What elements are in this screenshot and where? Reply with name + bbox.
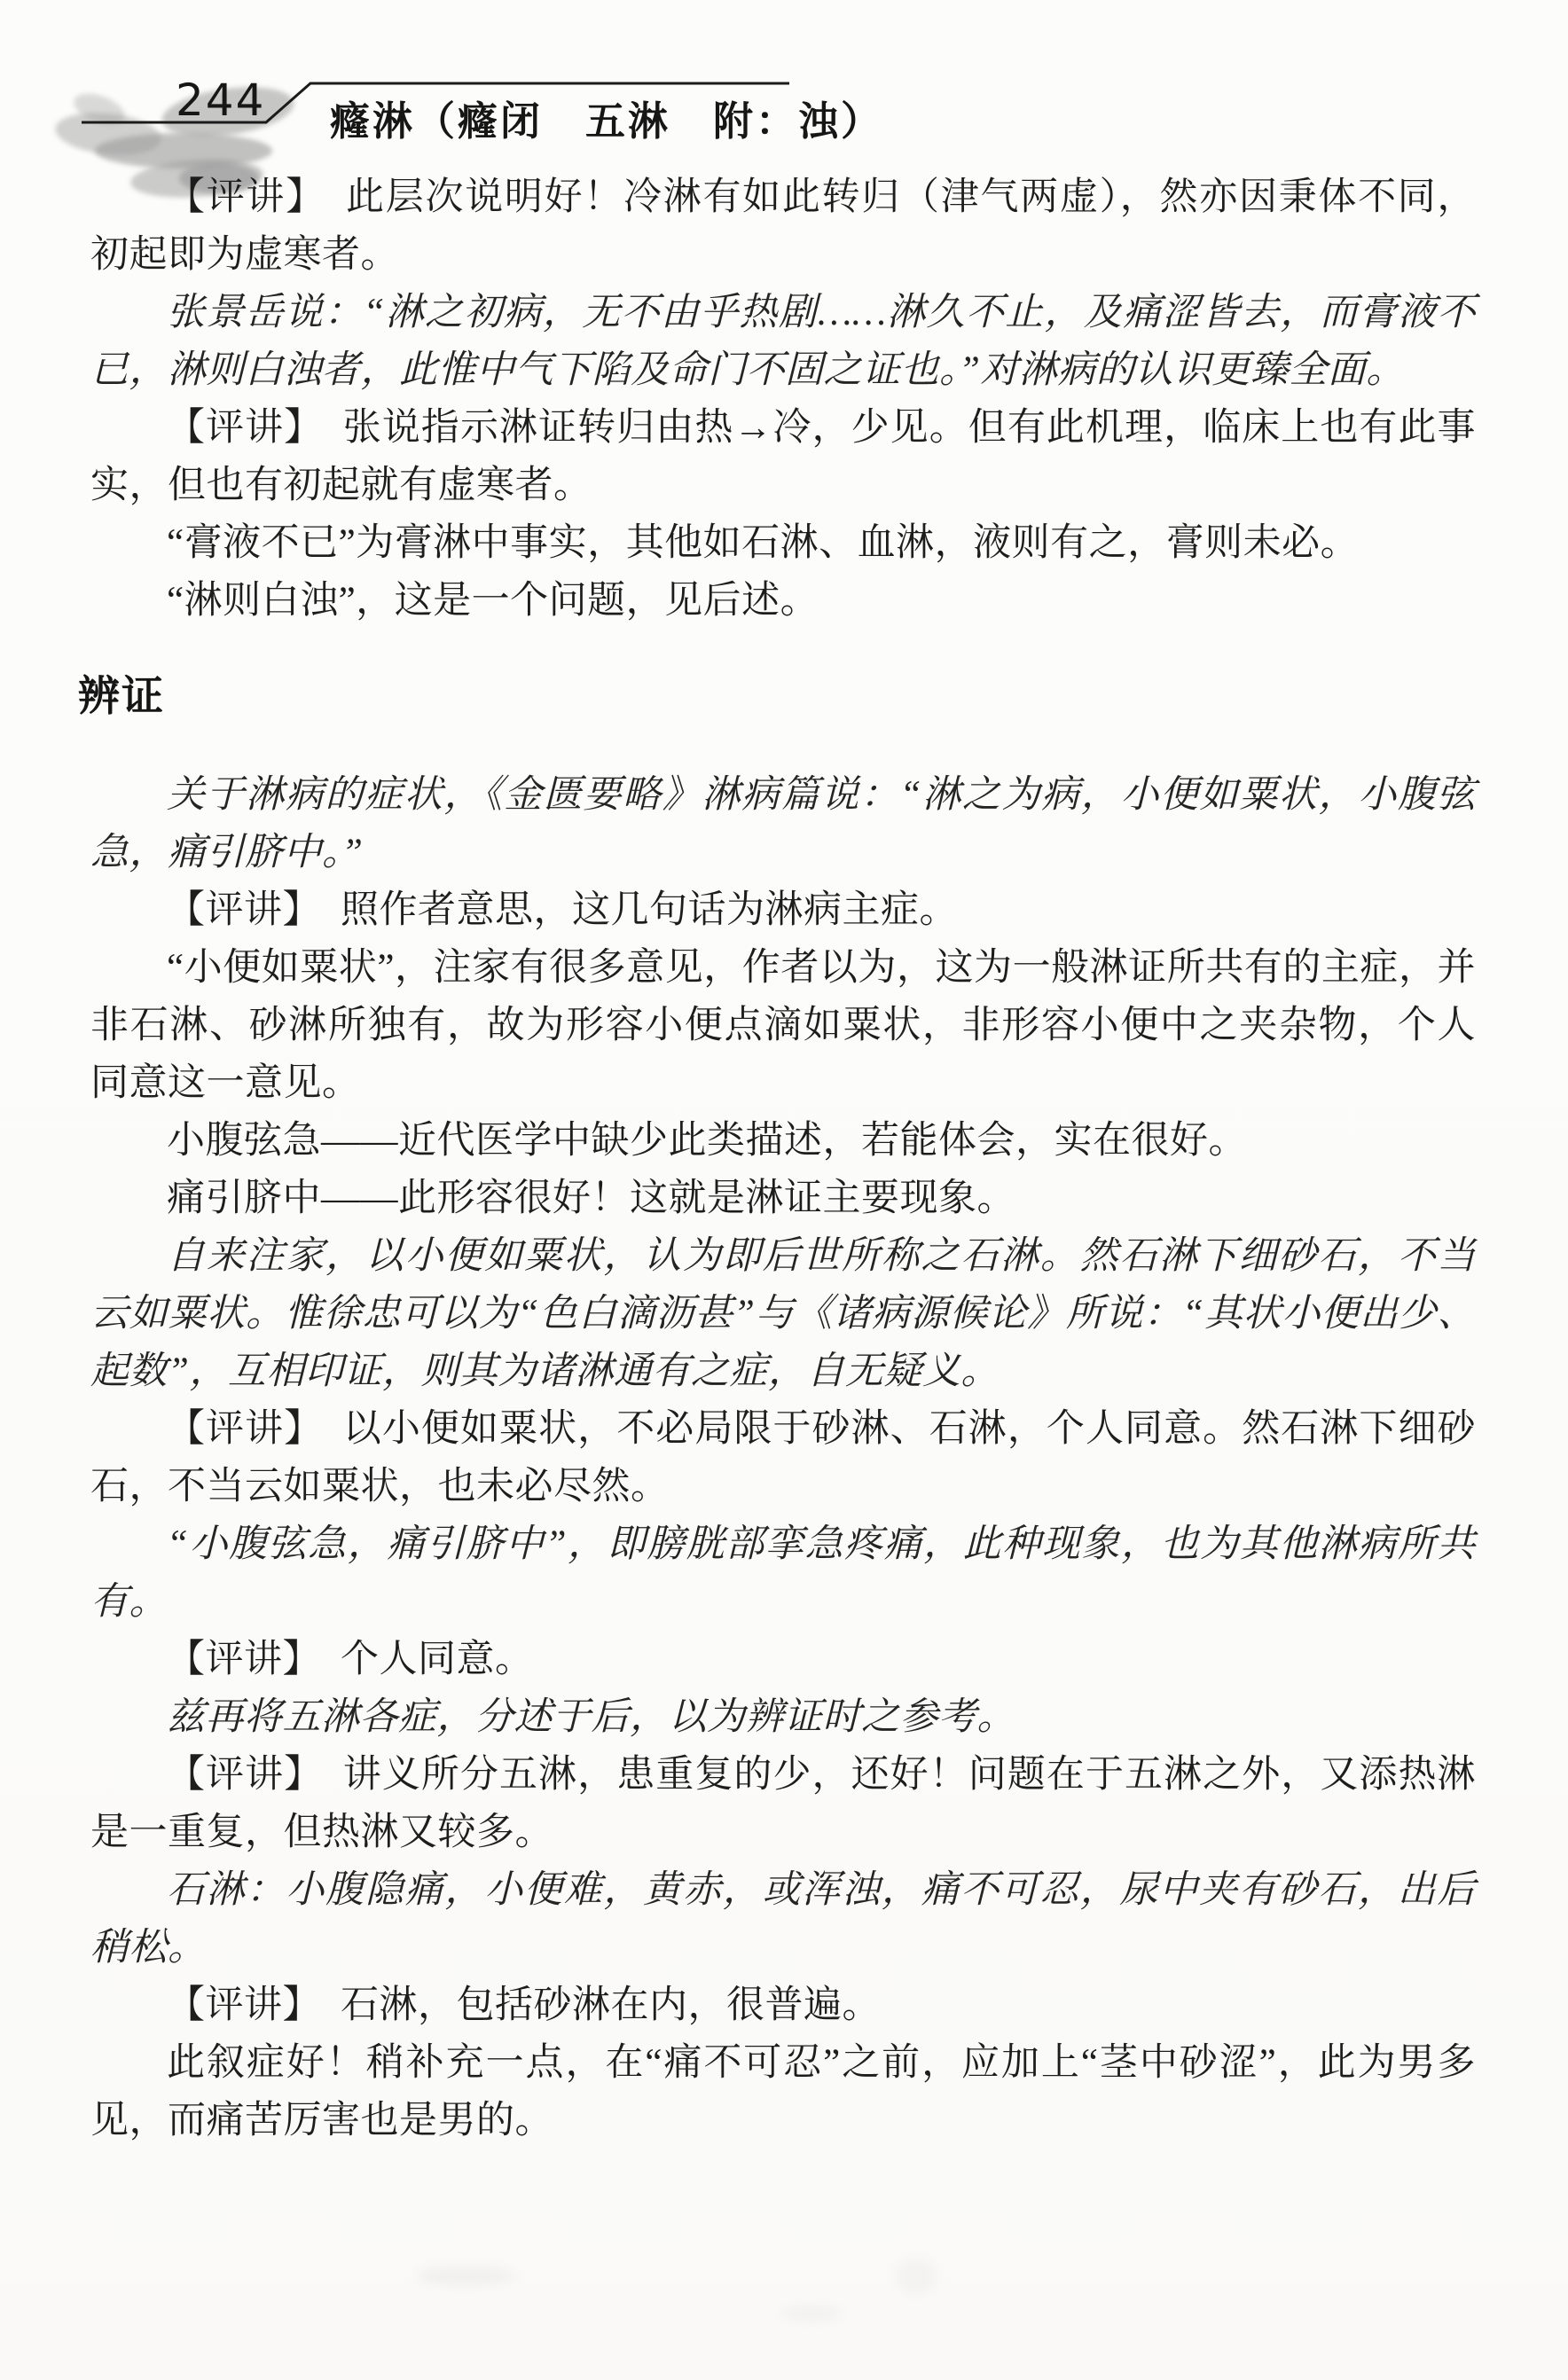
paragraph: 【评讲】 讲义所分五淋，患重复的少，还好！问题在于五淋之外，又添热淋是一重复，但… <box>90 1746 1476 1861</box>
paragraph: 兹再将五淋各症，分述于后，以为辨证时之参考。 <box>90 1688 1476 1746</box>
page-body: 【评讲】 此层次说明好！冷淋有如此转归（津气两虚），然亦因秉体不同，初起即为虚寒… <box>90 168 1476 2149</box>
section-heading: 辨证 <box>78 669 1476 724</box>
paragraph: 张景岳说：“淋之初病，无不由乎热剧……淋久不止，及痛涩皆去，而膏液不已，淋则白浊… <box>90 284 1476 399</box>
paragraph: 小腹弦急——近代医学中缺少此类描述，若能体会，实在很好。 <box>90 1112 1476 1170</box>
paragraph: “膏液不已”为膏淋中事实，其他如石淋、血淋，液则有之，膏则未必。 <box>90 514 1476 572</box>
scan-smudge <box>780 2306 843 2321</box>
paragraph: 关于淋病的症状，《金匮要略》淋病篇说：“淋之为病，小便如粟状，小腹弦急，痛引脐中… <box>90 766 1476 881</box>
paragraph: 【评讲】 个人同意。 <box>90 1631 1476 1688</box>
paragraph: 【评讲】 此层次说明好！冷淋有如此转归（津气两虚），然亦因秉体不同，初起即为虚寒… <box>90 168 1476 284</box>
book-page: 244 癃淋（癃闭 五淋 附：浊） 【评讲】 此层次说明好！冷淋有如此转归（津气… <box>0 0 1568 2380</box>
paragraph: “小腹弦急，痛引脐中”，即膀胱部挛急疼痛，此种现象，也为其他淋病所共有。 <box>90 1515 1476 1631</box>
paragraph: 石淋：小腹隐痛，小便难，黄赤，或浑浊，痛不可忍，尿中夹有砂石，出后稍松。 <box>90 1861 1476 1977</box>
chapter-title: 癃淋（癃闭 五淋 附：浊） <box>330 89 883 146</box>
paragraph: 自来注家，以小便如粟状，认为即后世所称之石淋。然石淋下细砂石，不当云如粟状。惟徐… <box>90 1227 1476 1400</box>
scan-smudge <box>417 2266 514 2286</box>
paragraph: 【评讲】 石淋，包括砂淋在内，很普遍。 <box>90 1977 1476 2034</box>
paragraph: “淋则白浊”，这是一个问题，见后述。 <box>90 572 1476 630</box>
paragraph: 【评讲】 张说指示淋证转归由热→冷，少见。但有此机理，临床上也有此事实，但也有初… <box>90 399 1476 514</box>
page-number: 244 <box>176 74 265 126</box>
scan-smudge <box>896 2259 937 2295</box>
paragraph: 此叙症好！稍补充一点，在“痛不可忍”之前，应加上“茎中砂涩”，此为男多见，而痛苦… <box>90 2034 1476 2149</box>
paragraph: 【评讲】 照作者意思，这几句话为淋病主症。 <box>90 881 1476 939</box>
paragraph: “小便如粟状”，注家有很多意见，作者以为，这为一般淋证所共有的主症，并非石淋、砂… <box>90 939 1476 1112</box>
paragraph: 【评讲】 以小便如粟状，不必局限于砂淋、石淋，个人同意。然石淋下细砂石，不当云如… <box>90 1400 1476 1515</box>
paragraph: 痛引脐中——此形容很好！这就是淋证主要现象。 <box>90 1170 1476 1227</box>
